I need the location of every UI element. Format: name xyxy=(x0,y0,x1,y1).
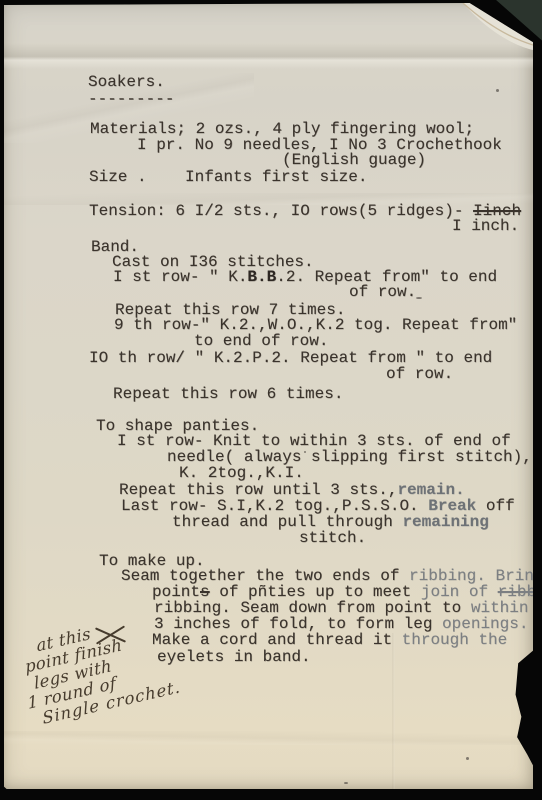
typed-line: thread and pull through remaining xyxy=(172,514,489,530)
typed-line: 9 th row-" K.2.,W.O.,K.2 tog. Repeat fro… xyxy=(114,317,517,333)
typed-line: I st row- Knit to within 3 sts. of end o… xyxy=(117,433,511,449)
typed-line: Repeat this row 6 times. xyxy=(113,386,343,402)
typed-line: of row. xyxy=(349,284,416,300)
typed-line: Size . Infants first size. xyxy=(89,169,367,185)
typed-line: Seam together the two ends of ribbing. B… xyxy=(121,568,542,584)
typed-line: I inch. xyxy=(452,218,519,234)
typed-line: IO th row/ " K.2.P.2. Repeat from " to e… xyxy=(89,350,492,366)
typed-line: Materials; 2 ozs., 4 ply fingering wool; xyxy=(90,121,474,137)
typed-line: Last row- S.I,K.2 tog.,P.S.S.O. Break of… xyxy=(121,498,515,514)
typed-line: --------- xyxy=(88,91,174,107)
typed-line: stitch. xyxy=(299,530,366,546)
typed-line: to end of row. xyxy=(194,333,328,349)
typed-line: I st row- " K.B.B.2. Repeat from" to end xyxy=(113,269,497,285)
page-title: Soakers. xyxy=(88,74,165,90)
typed-line: of row. xyxy=(386,366,453,382)
paper-sheet: Soakers.---------Materials; 2 ozs., 4 pl… xyxy=(4,3,533,789)
typed-line: K. 2tog.,K.I. xyxy=(179,465,304,481)
photo-background: Soakers.---------Materials; 2 ozs., 4 pl… xyxy=(0,0,542,800)
typed-line: (English guage) xyxy=(282,152,426,168)
typed-line: Repeat this row until 3 sts.,remain. xyxy=(119,482,465,498)
typed-line: needle( always slipping first stitch), xyxy=(167,449,532,465)
